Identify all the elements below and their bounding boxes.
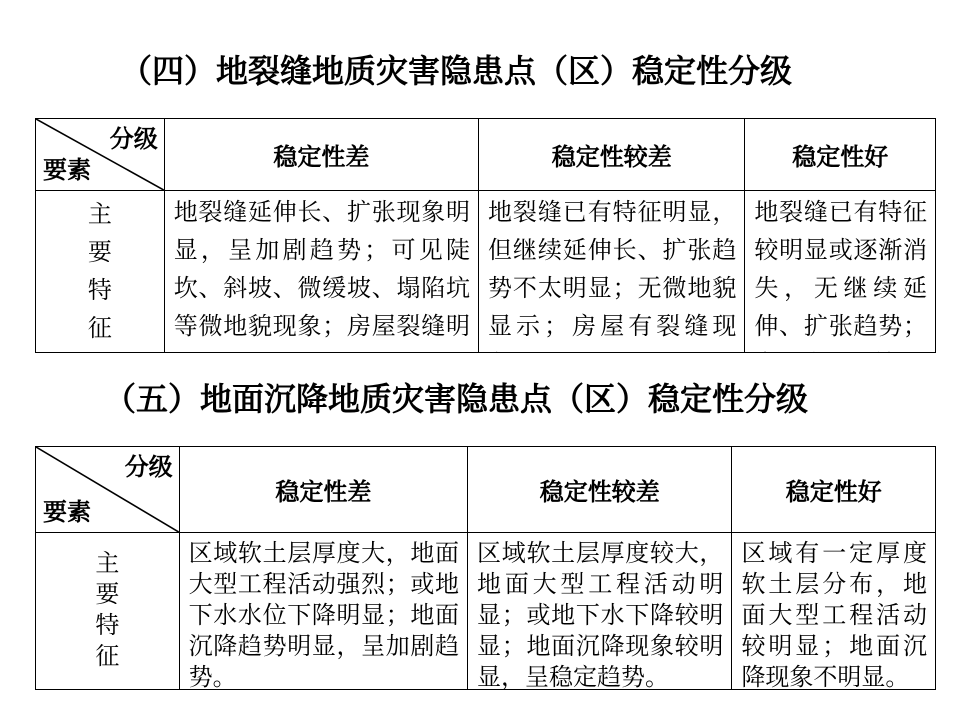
corner-label-factor: 要素 <box>43 159 91 183</box>
table-header-row: 分级 要素 稳定性差 稳定性较差 稳定性好 <box>36 119 935 190</box>
row-label-main-features: 主 要 特 征 <box>36 191 164 352</box>
row-label-char: 主 <box>88 196 112 234</box>
feature-cell-good: 区域有一定厚度软土层分布，地面大型工程活动较明显；地面沉降现象不明显。 <box>731 533 935 689</box>
column-header-fairly-poor-stability: 稳定性较差 <box>467 447 731 532</box>
column-header-poor-stability: 稳定性差 <box>179 447 467 532</box>
corner-header-cell: 分级 要素 <box>36 119 164 190</box>
corner-label-classification: 分级 <box>110 128 158 152</box>
row-label-main-features: 主 要 特 征 <box>36 533 179 689</box>
ground-fissure-stability-table: 分级 要素 稳定性差 稳定性较差 稳定性好 主 要 特 征 地裂缝延伸长、扩张现… <box>35 118 936 353</box>
corner-label-classification: 分级 <box>125 456 173 480</box>
feature-cell-fairly-poor: 区域软土层厚度较大，地面大型工程活动明显；或地下水下降较明显；地面沉降现象较明显… <box>467 533 731 689</box>
corner-header-cell: 分级 要素 <box>36 447 179 532</box>
table-body-row: 主 要 特 征 区域软土层厚度大，地面大型工程活动强烈；或地下水水位下降明显；地… <box>36 532 935 689</box>
table-header-row: 分级 要素 稳定性差 稳定性较差 稳定性好 <box>36 447 935 532</box>
row-label-char: 主 <box>95 549 119 580</box>
section-title-5: （五）地面沉降地质灾害隐患点（区）稳定性分级 <box>0 379 942 419</box>
table-body-row: 主 要 特 征 地裂缝延伸长、扩张现象明显，呈加剧趋势；可见陡坎、斜坡、微缓坡、… <box>36 190 935 352</box>
feature-cell-poor: 地裂缝延伸长、扩张现象明显，呈加剧趋势；可见陡坎、斜坡、微缓坡、塌陷坑等微地貌现… <box>164 191 478 352</box>
row-label-char: 特 <box>88 272 112 310</box>
column-header-fairly-poor-stability: 稳定性较差 <box>478 119 744 190</box>
section-title-4: （四）地裂缝地质灾害隐患点（区）稳定性分级 <box>0 51 942 91</box>
corner-label-factor: 要素 <box>43 501 91 525</box>
row-label-char: 要 <box>88 234 112 272</box>
row-label-char: 征 <box>88 310 112 348</box>
feature-cell-fairly-poor: 地裂缝已有特征明显，但继续延伸长、扩张趋势不太明显；无微地貌显示；房屋有裂缝现象… <box>478 191 744 352</box>
column-header-poor-stability: 稳定性差 <box>164 119 478 190</box>
column-header-good-stability: 稳定性好 <box>731 447 935 532</box>
land-subsidence-stability-table: 分级 要素 稳定性差 稳定性较差 稳定性好 主 要 特 征 区域软土层厚度大，地… <box>35 446 936 690</box>
document-page: （四）地裂缝地质灾害隐患点（区）稳定性分级 分级 要素 稳定性差 稳定性较差 稳… <box>0 0 972 710</box>
row-label-char: 征 <box>95 642 119 673</box>
row-label-char: 要 <box>95 580 119 611</box>
feature-cell-poor: 区域软土层厚度大，地面大型工程活动强烈；或地下水水位下降明显；地面沉降趋势明显，… <box>179 533 467 689</box>
column-header-good-stability: 稳定性好 <box>744 119 935 190</box>
row-label-char: 特 <box>95 611 119 642</box>
feature-cell-good: 地裂缝已有特征较明显或逐渐消失，无继续延伸、扩张趋势；房屋未见裂缝。 <box>744 191 935 352</box>
